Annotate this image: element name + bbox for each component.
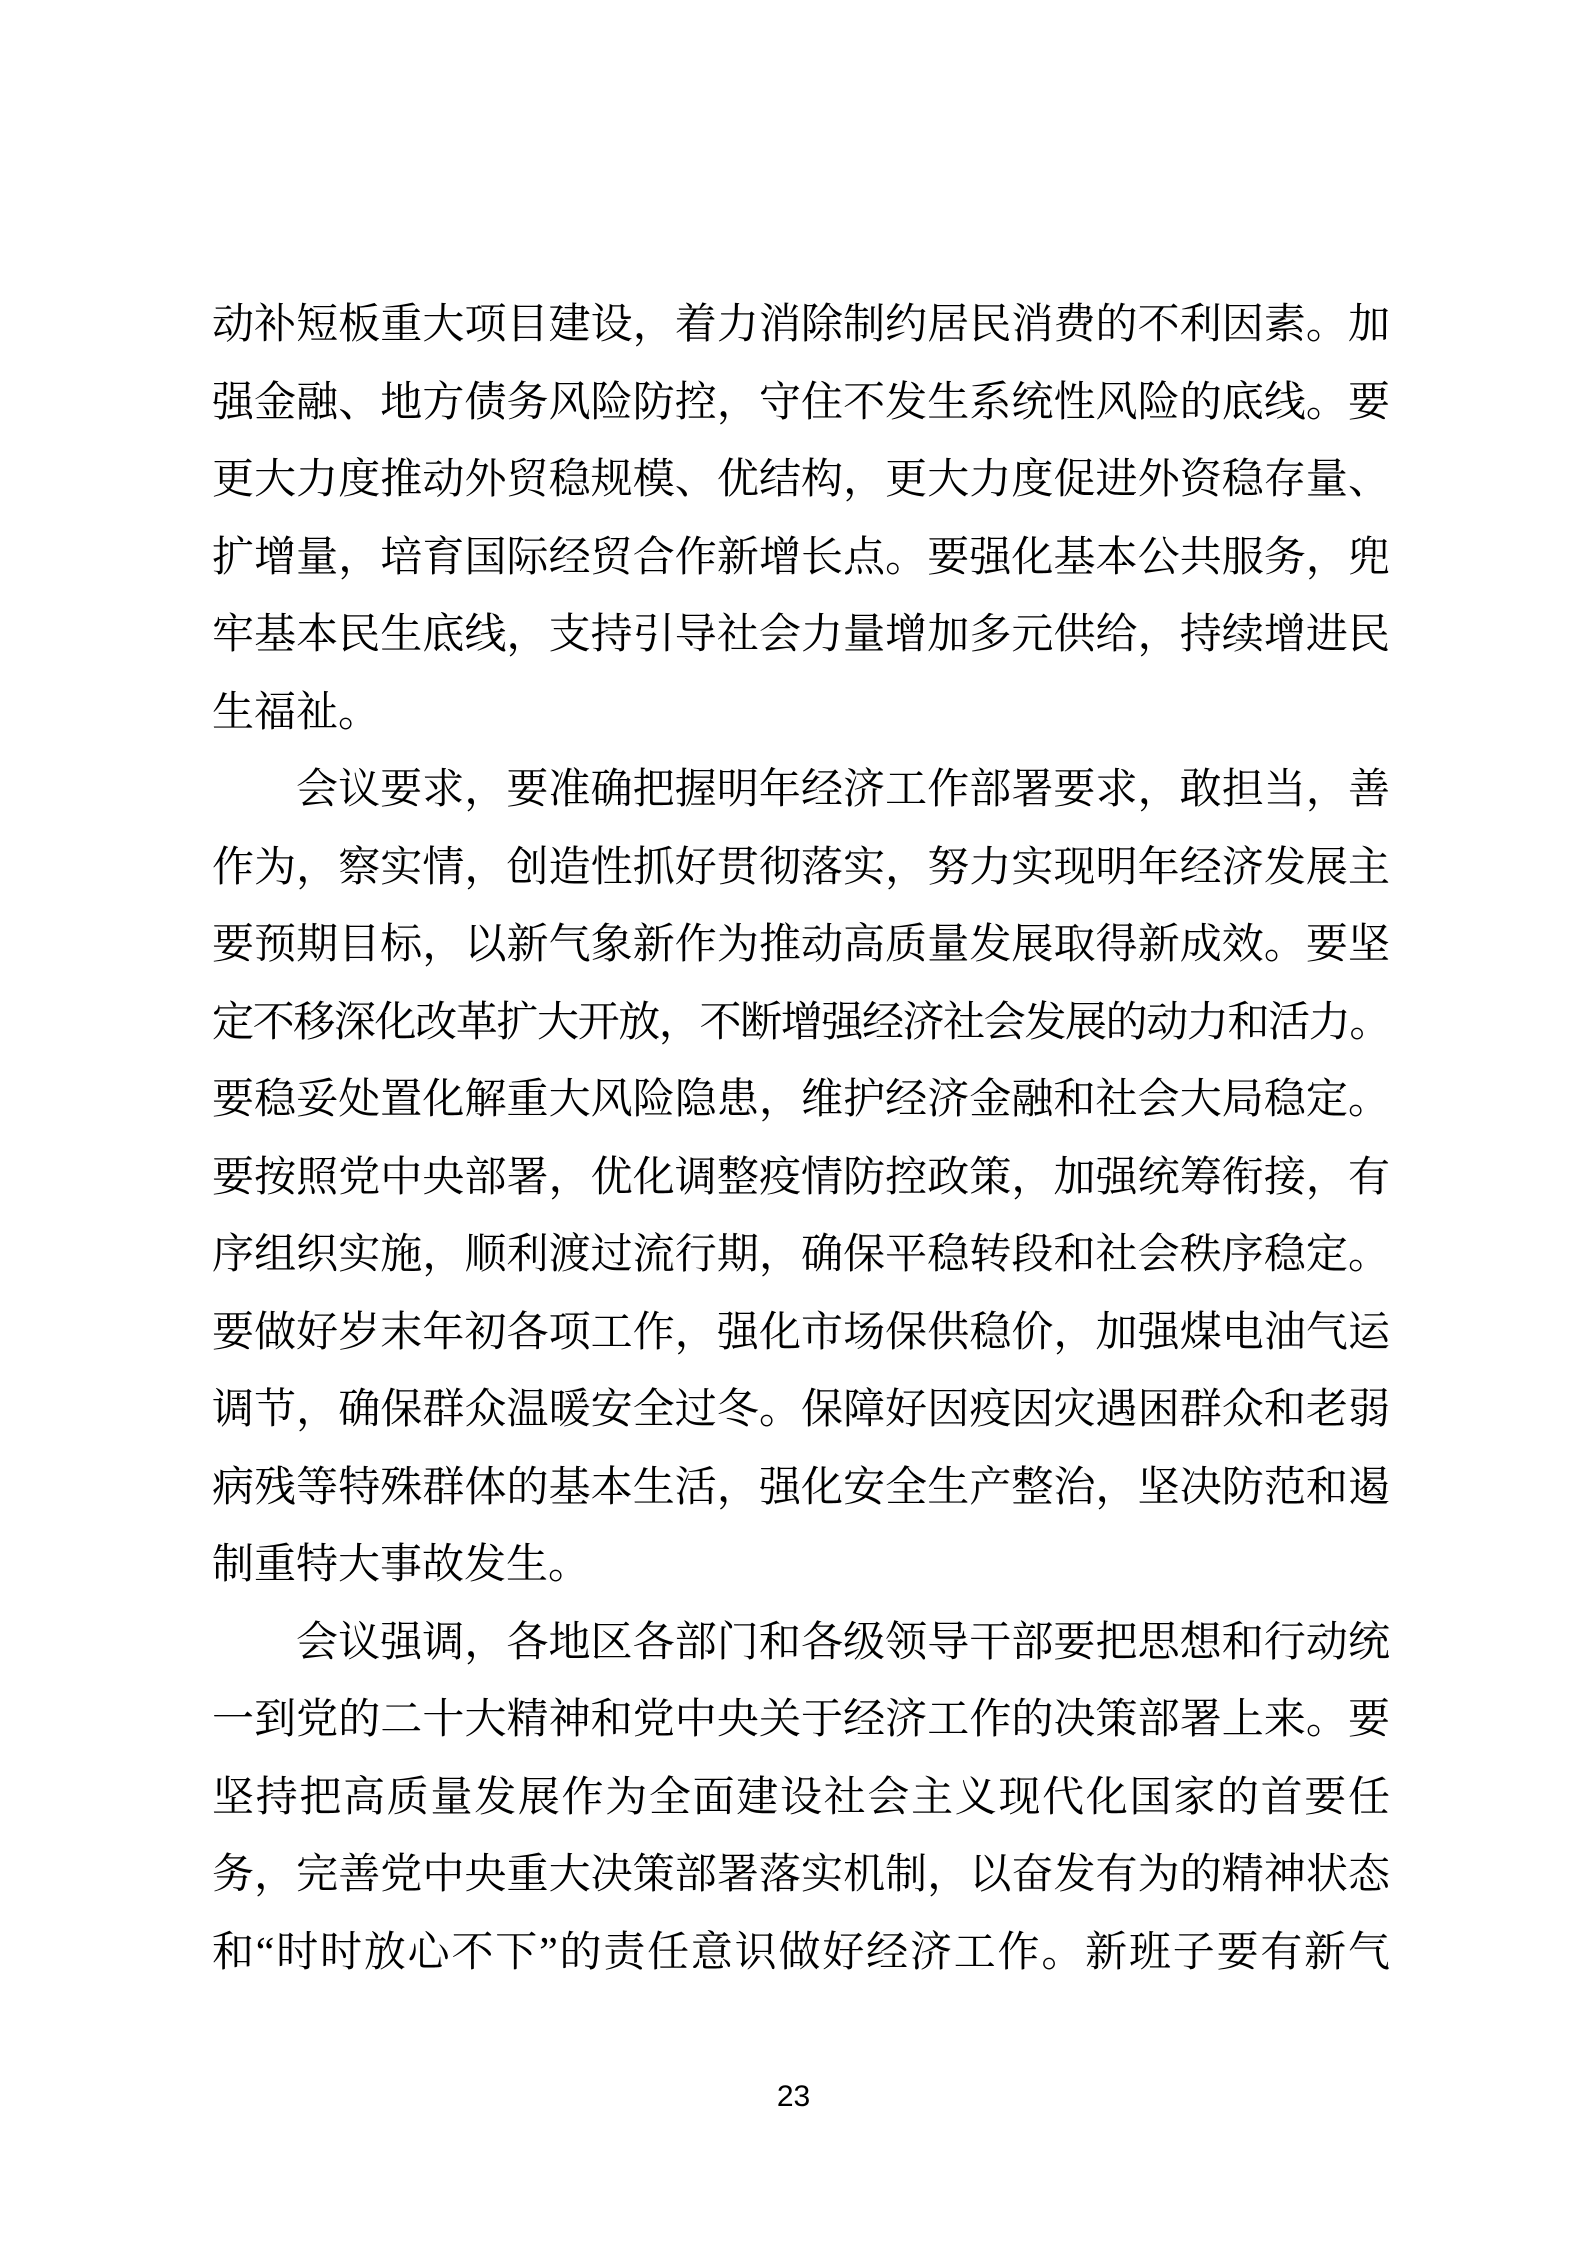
- text-line: 病残等特殊群体的基本生活，强化安全生产整治，坚决防范和遏: [212, 1450, 1390, 1528]
- document-page: 动补短板重大项目建设，着力消除制约居民消费的不利因素。加强金融、地方债务风险防控…: [0, 0, 1587, 2245]
- text-line: 坚持把高质量发展作为全面建设社会主义现代化国家的首要任: [212, 1760, 1390, 1838]
- page-number: 23: [0, 2082, 1587, 2112]
- text-line: 会议要求，要准确把握明年经济工作部署要求，敢担当，善: [212, 752, 1390, 830]
- document-body: 动补短板重大项目建设，着力消除制约居民消费的不利因素。加强金融、地方债务风险防控…: [212, 287, 1390, 1992]
- text-line: 和“时时放心不下”的责任意识做好经济工作。新班子要有新气: [212, 1915, 1390, 1993]
- text-line: 调节，确保群众温暖安全过冬。保障好因疫因灾遇困群众和老弱: [212, 1372, 1390, 1450]
- paragraph: 动补短板重大项目建设，着力消除制约居民消费的不利因素。加强金融、地方债务风险防控…: [212, 287, 1390, 752]
- text-line: 生福祉。: [212, 675, 1390, 753]
- text-line: 要预期目标，以新气象新作为推动高质量发展取得新成效。要坚: [212, 907, 1390, 985]
- text-line: 要稳妥处置化解重大风险隐患，维护经济金融和社会大局稳定。: [212, 1062, 1390, 1140]
- text-line: 会议强调，各地区各部门和各级领导干部要把思想和行动统: [212, 1605, 1390, 1683]
- text-line: 一到党的二十大精神和党中央关于经济工作的决策部署上来。要: [212, 1682, 1390, 1760]
- paragraph: 会议强调，各地区各部门和各级领导干部要把思想和行动统一到党的二十大精神和党中央关…: [212, 1605, 1390, 1993]
- text-line: 作为，察实情，创造性抓好贯彻落实，努力实现明年经济发展主: [212, 830, 1390, 908]
- text-line: 务，完善党中央重大决策部署落实机制，以奋发有为的精神状态: [212, 1837, 1390, 1915]
- text-line: 制重特大事故发生。: [212, 1527, 1390, 1605]
- text-line: 扩增量，培育国际经贸合作新增长点。要强化基本公共服务，兜: [212, 520, 1390, 598]
- paragraph: 会议要求，要准确把握明年经济工作部署要求，敢担当，善作为，察实情，创造性抓好贯彻…: [212, 752, 1390, 1605]
- text-line: 更大力度推动外贸稳规模、优结构，更大力度促进外资稳存量、: [212, 442, 1390, 520]
- text-line: 强金融、地方债务风险防控，守住不发生系统性风险的底线。要: [212, 365, 1390, 443]
- text-line: 动补短板重大项目建设，着力消除制约居民消费的不利因素。加: [212, 287, 1390, 365]
- text-line: 牢基本民生底线，支持引导社会力量增加多元供给，持续增进民: [212, 597, 1390, 675]
- text-line: 定不移深化改革扩大开放，不断增强经济社会发展的动力和活力。: [212, 985, 1390, 1063]
- text-line: 要按照党中央部署，优化调整疫情防控政策，加强统筹衔接，有: [212, 1140, 1390, 1218]
- text-line: 要做好岁末年初各项工作，强化市场保供稳价，加强煤电油气运: [212, 1295, 1390, 1373]
- text-line: 序组织实施，顺利渡过流行期，确保平稳转段和社会秩序稳定。: [212, 1217, 1390, 1295]
